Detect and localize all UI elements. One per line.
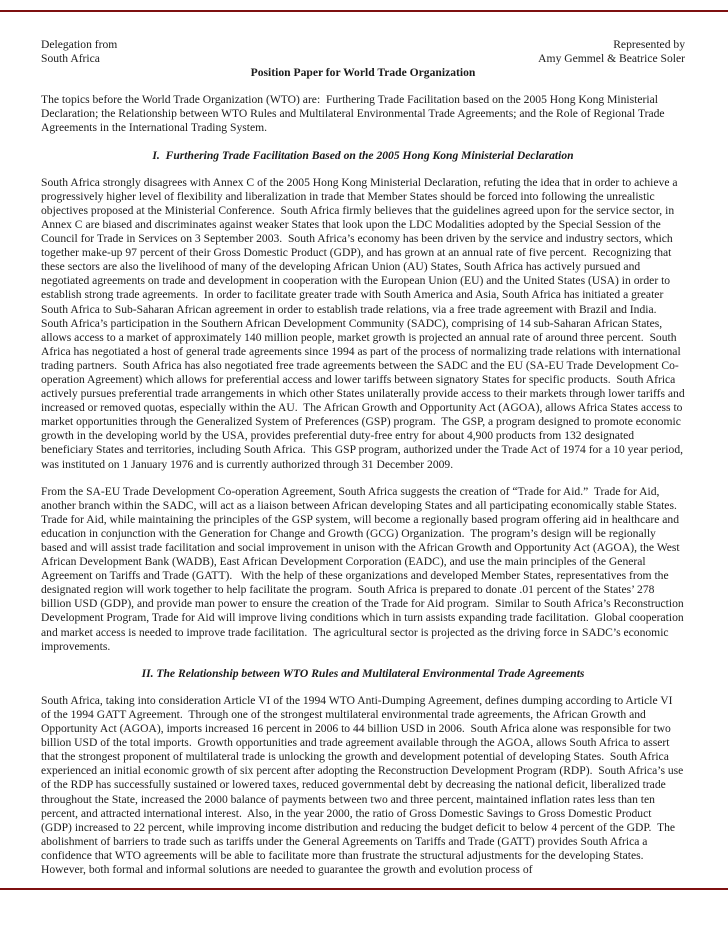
document-content: Delegation from South Africa Represented… xyxy=(41,38,685,877)
section-1-heading: I. Furthering Trade Facilitation Based o… xyxy=(41,149,685,163)
document-header: Delegation from South Africa Represented… xyxy=(41,38,685,66)
document-page: Delegation from South Africa Represented… xyxy=(0,0,728,942)
delegation-label: Delegation from xyxy=(41,38,117,52)
document-title: Position Paper for World Trade Organizat… xyxy=(41,66,685,80)
section-2-heading: II. The Relationship between WTO Rules a… xyxy=(41,667,685,681)
represented-by-block: Represented by Amy Gemmel & Beatrice Sol… xyxy=(538,38,685,66)
intro-paragraph: The topics before the World Trade Organi… xyxy=(41,93,685,135)
section-2-paragraph-1: South Africa, taking into consideration … xyxy=(41,694,685,877)
top-red-margin-rule xyxy=(0,10,728,12)
delegation-country: South Africa xyxy=(41,52,117,66)
section-1-paragraph-2: From the SA-EU Trade Development Co-oper… xyxy=(41,485,685,654)
delegation-block: Delegation from South Africa xyxy=(41,38,117,66)
section-1-paragraph-1: South Africa strongly disagrees with Ann… xyxy=(41,176,685,472)
represented-by-label: Represented by xyxy=(538,38,685,52)
representative-names: Amy Gemmel & Beatrice Soler xyxy=(538,52,685,66)
bottom-red-margin-rule xyxy=(0,888,728,890)
